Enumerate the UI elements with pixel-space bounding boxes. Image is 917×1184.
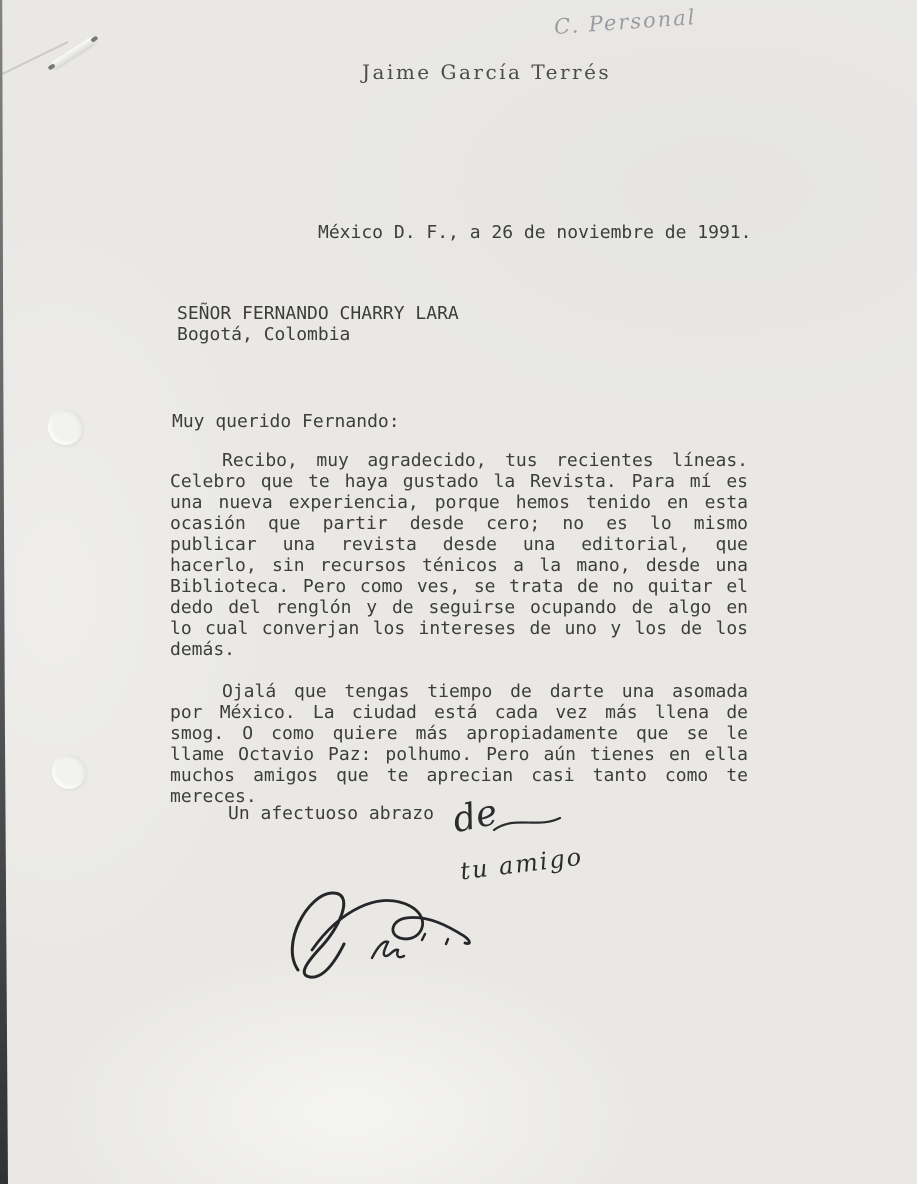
- body-line: Celebro que te haya gustado la Revista. …: [170, 471, 748, 492]
- punch-hole-top: [48, 409, 83, 445]
- signature-scribble: [276, 880, 488, 986]
- handwritten-words-tu-amigo: tu amigo: [459, 843, 585, 886]
- body-line: ocasión que partir desde cero; no es lo …: [170, 513, 748, 534]
- paragraph-gap: [170, 660, 748, 681]
- letter-body: Recibo, muy agradecido, tus recientes lí…: [170, 450, 748, 807]
- salutation: Muy querido Fernando:: [172, 411, 400, 432]
- body-line: smog. O como quiere más apropiadamente q…: [170, 723, 748, 744]
- body-line: lo cual converjan los intereses de uno y…: [170, 618, 748, 639]
- body-line: por México. La ciudad está cada vez más …: [170, 702, 748, 723]
- recipient-block: SEÑOR FERNANDO CHARRY LARA Bogotá, Colom…: [177, 303, 459, 345]
- date-line: México D. F., a 26 de noviembre de 1991.: [318, 222, 751, 243]
- handwriting-flourish: [492, 812, 564, 836]
- staple-mark-bar: [50, 36, 96, 70]
- recipient-name: SEÑOR FERNANDO CHARRY LARA: [177, 303, 459, 324]
- body-line: hacerlo, sin recursos ténicos a la mano,…: [170, 555, 748, 576]
- body-line: dedo del renglón y de seguirse ocupando …: [170, 597, 748, 618]
- recipient-city: Bogotá, Colombia: [177, 324, 459, 345]
- pencil-annotation: C. Personal: [553, 5, 697, 39]
- body-line: una nueva experiencia, porque hemos teni…: [170, 492, 748, 513]
- body-line: llame Octavio Paz: polhumo. Pero aún tie…: [170, 744, 748, 765]
- body-line: Recibo, muy agradecido, tus recientes lí…: [170, 450, 748, 471]
- body-line: muchos amigos que te aprecian casi tanto…: [170, 765, 748, 786]
- letterhead-name: Jaime García Terrés: [362, 60, 611, 84]
- closing-line: Un afectuoso abrazo: [228, 803, 434, 824]
- punch-hole-bottom: [52, 754, 86, 789]
- body-line: demás.: [170, 639, 748, 660]
- scanner-edge-shadow: [0, 0, 8, 1184]
- body-line: Ojalá que tengas tiempo de darte una aso…: [170, 681, 748, 702]
- body-line: publicar una revista desde una editorial…: [170, 534, 748, 555]
- body-line: Biblioteca. Pero como ves, se trata de n…: [170, 576, 748, 597]
- staple-mark: [42, 26, 105, 79]
- scanned-letter-page: C. Personal Jaime García Terrés México D…: [0, 0, 917, 1184]
